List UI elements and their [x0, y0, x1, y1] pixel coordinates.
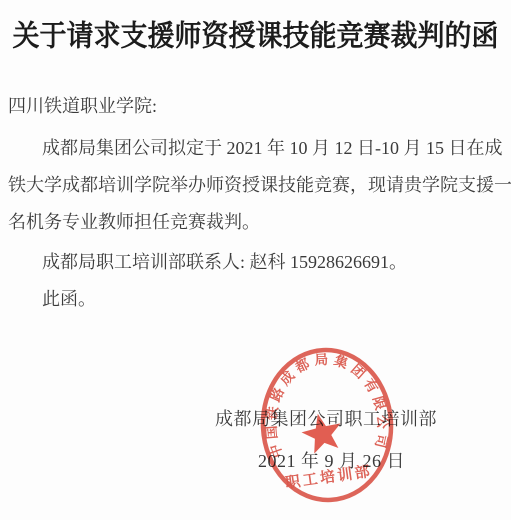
document-page: 关于请求支援师资授课技能竞赛裁判的函 四川铁道职业学院: 成都局集团公司拟定于 … — [0, 0, 511, 520]
body-line: 此函。 — [8, 288, 511, 310]
signature-line: 成都局集团公司职工培训部 — [215, 405, 437, 431]
body-line: 成都局职工培训部联系人: 赵科 15928626691。 — [8, 251, 511, 273]
body-line: 名机务专业教师担任竞赛裁判。 — [8, 211, 505, 233]
body-line: 铁大学成都培训学院举办师资授课技能竞赛，现请贵学院支援一 — [8, 174, 505, 196]
body-line: 成都局集团公司拟定于 2021 年 10 月 12 日-10 月 15 日在成 — [8, 137, 511, 159]
document-title: 关于请求支援师资授课技能竞赛裁判的函 — [0, 12, 511, 54]
salutation: 四川铁道职业学院: — [8, 95, 505, 117]
date-line: 2021 年 9 月 26 日 — [258, 447, 405, 473]
